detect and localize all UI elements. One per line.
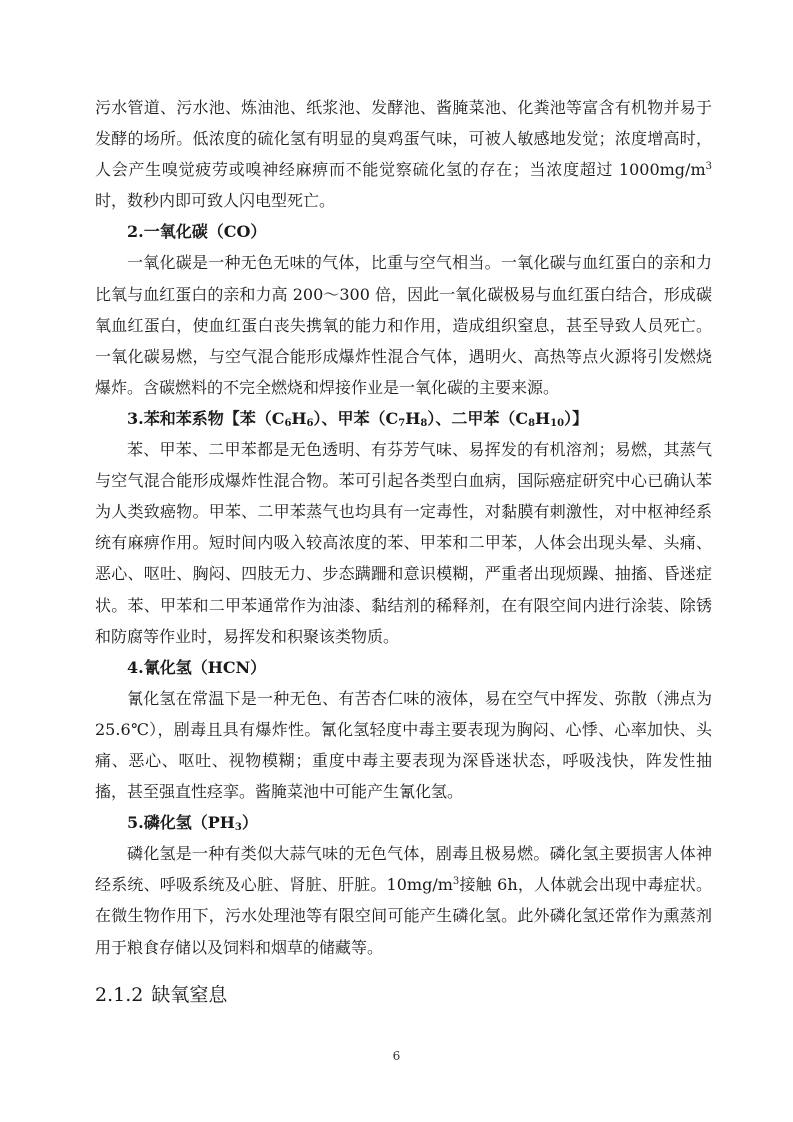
heading-text: H — [535, 409, 550, 428]
paragraph-carbon-monoxide: 一氧化碳是一种无色无味的气体，比重与空气相当。一氧化碳与血红蛋白的亲和力比氧与血… — [95, 247, 712, 402]
heading-text: H — [405, 409, 420, 428]
heading-text: 3.苯和苯系物【苯（C — [127, 409, 284, 428]
subsection-heading: 2.1.2缺氧窒息 — [95, 980, 712, 1011]
heading-carbon-monoxide: 2.一氧化碳（CO） — [95, 216, 712, 247]
paragraph-hydrogen-cyanide: 氰化氢在常温下是一种无色、有苦杏仁味的液体，易在空气中挥发、弥散（沸点为25.6… — [95, 683, 712, 807]
intro-paragraph: 污水管道、污水池、炼油池、纸浆池、发酵池、酱腌菜池、化粪池等富含有机物并易于发酵… — [95, 92, 712, 216]
intro-text: 污水管道、污水池、炼油池、纸浆池、发酵池、酱腌菜池、化粪池等富含有机物并易于发酵… — [95, 98, 712, 179]
heading-hydrogen-cyanide: 4.氰化氢（HCN） — [95, 652, 712, 683]
heading-phosphine: 5.磷化氢（PH3） — [95, 807, 712, 838]
intro-text-end: 时，数秒内即可致人闪电型死亡。 — [95, 191, 335, 210]
paragraph-benzene: 苯、甲苯、二甲苯都是无色透明、有芬芳气味、易挥发的有机溶剂；易燃，其蒸气与空气混… — [95, 434, 712, 652]
heading-benzene: 3.苯和苯系物【苯（C6H6）、甲苯（C7H8）、二甲苯（C8H10）】 — [95, 403, 712, 434]
heading-text: 5.磷化氢（PH — [127, 813, 235, 832]
heading-text: ）、甲苯（C — [314, 409, 399, 428]
subscript: 10 — [550, 418, 564, 429]
paragraph-phosphine: 磷化氢是一种有类似大蒜气味的无色气体，剧毒且极易燃。磷化氢主要损害人体神经系统、… — [95, 838, 712, 962]
heading-text: ）、二甲苯（C — [427, 409, 528, 428]
subscript: 3 — [235, 822, 242, 833]
heading-text: ） — [242, 813, 258, 832]
heading-text: ）】 — [564, 409, 588, 428]
subsection-number: 2.1.2 — [95, 984, 143, 1006]
subscript: 6 — [307, 418, 314, 429]
heading-text: H — [291, 409, 306, 428]
subsection-title: 缺氧窒息 — [151, 984, 227, 1006]
subscript: 8 — [528, 418, 535, 429]
superscript: 3 — [706, 161, 712, 172]
document-page: 污水管道、污水池、炼油池、纸浆池、发酵池、酱腌菜池、化粪池等富含有机物并易于发酵… — [95, 92, 712, 1011]
page-number: 6 — [0, 1049, 793, 1063]
